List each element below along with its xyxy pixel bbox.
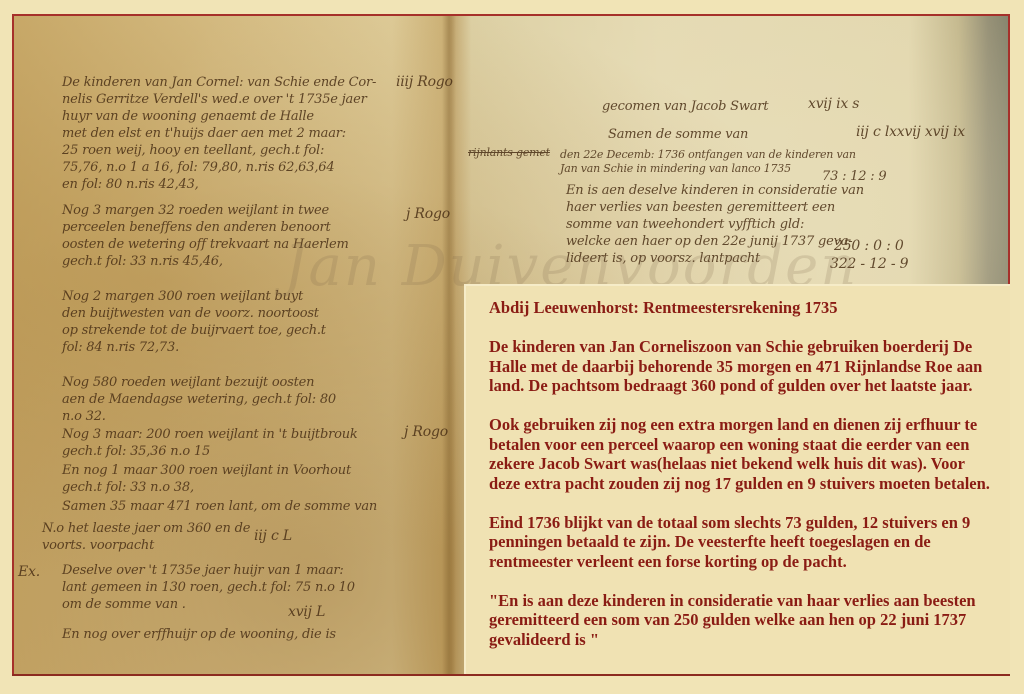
caption-title: Abdij Leeuwenhorst: Rentmeestersrekening… bbox=[489, 298, 996, 318]
manuscript-amount: iij c L bbox=[254, 528, 292, 545]
manuscript-margin-note: Ex. bbox=[18, 564, 40, 581]
manuscript-amount: 73 : 12 : 9 bbox=[822, 168, 886, 185]
caption-panel: Abdij Leeuwenhorst: Rentmeestersrekening… bbox=[464, 284, 1010, 676]
manuscript-left-entry: En nog over erffhuijr op de wooning, die… bbox=[62, 626, 336, 643]
manuscript-left-entry: Samen 35 maar 471 roen lant, om de somme… bbox=[62, 498, 377, 515]
manuscript-left-entry: De kinderen van Jan Cornel: van Schie en… bbox=[62, 74, 376, 193]
caption-paragraph: De kinderen van Jan Corneliszoon van Sch… bbox=[489, 337, 996, 396]
book-spine bbox=[442, 16, 456, 674]
manuscript-right-entry: Samen de somme van bbox=[608, 126, 748, 143]
manuscript-left-entry: Nog 3 maar: 200 roen weijlant in 't buij… bbox=[62, 426, 358, 460]
caption-paragraph: Ook gebruiken zij nog een extra morgen l… bbox=[489, 415, 996, 493]
manuscript-amount: iij c lxxvij xvij ix bbox=[856, 124, 965, 141]
caption-paragraph: Eind 1736 blijkt van de totaal som slech… bbox=[489, 513, 996, 572]
manuscript-margin-note: j Rogo bbox=[406, 206, 450, 223]
manuscript-left-entry: N.o het laeste jaer om 360 en de voorts.… bbox=[42, 520, 250, 554]
manuscript-amount: xvij ix s bbox=[808, 96, 859, 113]
manuscript-margin-note: j Rogo bbox=[404, 424, 448, 441]
frame-bottom-border bbox=[12, 674, 1010, 676]
manuscript-right-entry: gecomen van Jacob Swart bbox=[602, 98, 768, 115]
manuscript-right-entry: den 22e Decemb: 1736 ontfangen van de ki… bbox=[560, 148, 856, 176]
manuscript-amount: xvij L bbox=[288, 604, 325, 621]
caption-quote: "En is aan deze kinderen in consideratie… bbox=[489, 591, 996, 650]
manuscript-left-entry: Nog 580 roeden weijlant bezuijt oosten a… bbox=[62, 374, 336, 425]
manuscript-left-entry: En nog 1 maar 300 roen weijlant in Voorh… bbox=[62, 462, 351, 496]
manuscript-margin-note: rijnlants gemet bbox=[468, 146, 550, 160]
manuscript-margin-note: iiij Rogo bbox=[396, 74, 453, 91]
